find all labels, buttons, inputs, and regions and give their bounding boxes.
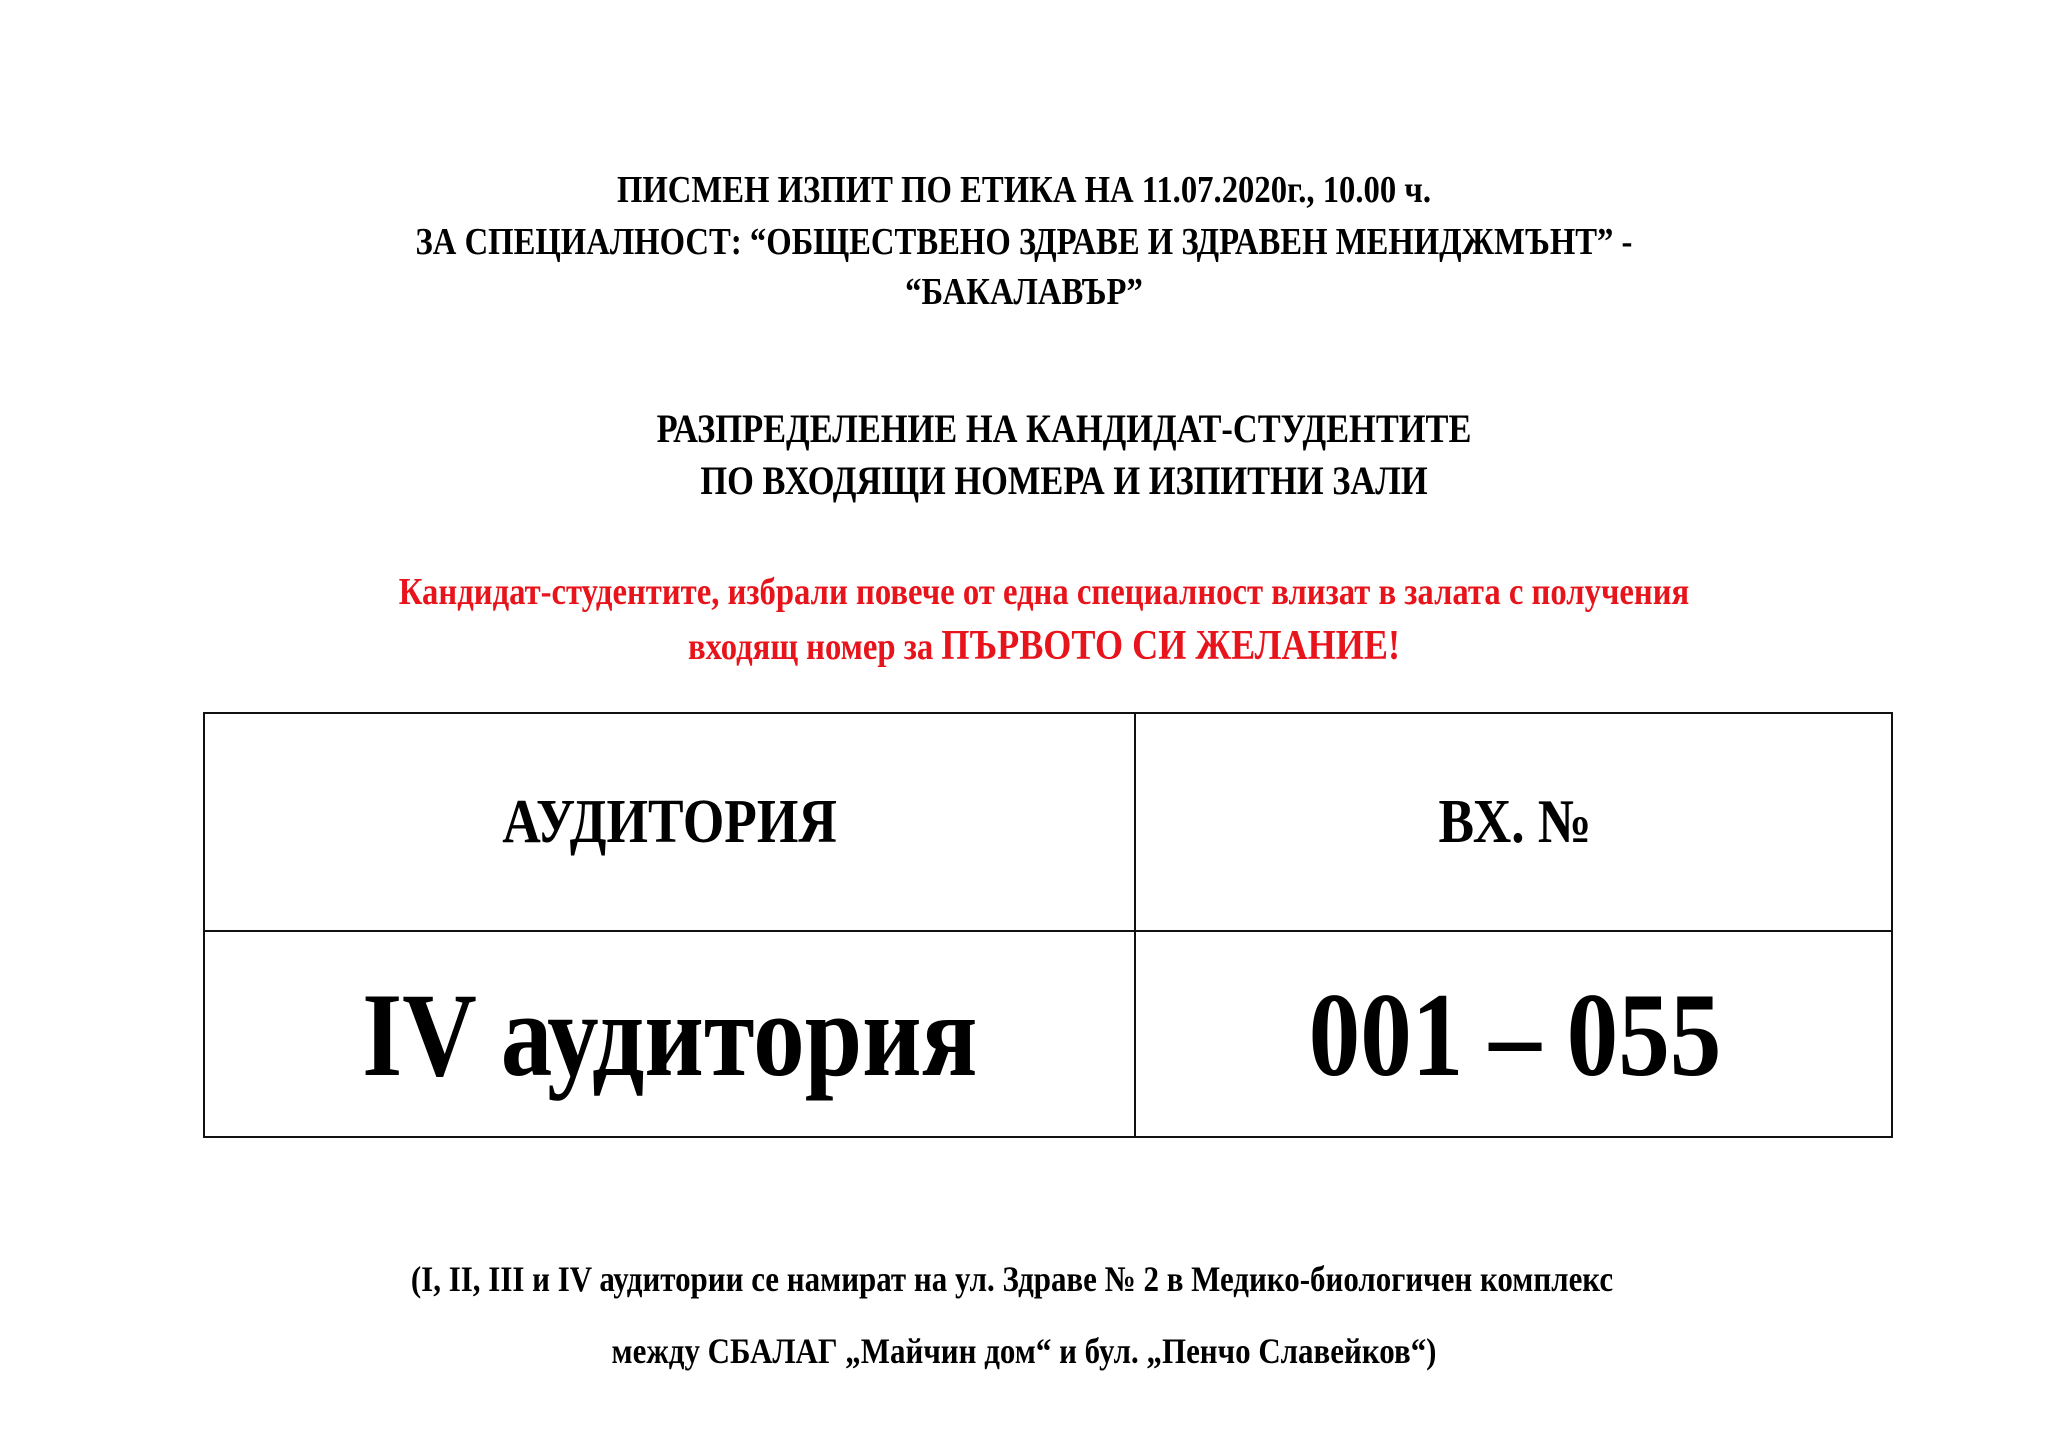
notice-line-2: входящ номер за ПЪРВОТО СИ ЖЕЛАНИЕ! xyxy=(163,622,1924,670)
notice-line-1: Кандидат-студентите, избрали повече от е… xyxy=(163,570,1924,614)
notice-prefix: входящ номер за xyxy=(688,626,941,668)
table-row-auditorium: IV аудитория xyxy=(205,932,1135,1138)
degree-line: “БАКАЛАВЪР” xyxy=(143,270,1904,314)
distribution-subheading: ПО ВХОДЯЩИ НОМЕРА И ИЗПИТНИ ЗАЛИ xyxy=(183,457,1944,504)
notice-emphasis: ПЪРВОТО СИ ЖЕЛАНИЕ! xyxy=(941,623,1400,669)
header-cell-auditorium: АУДИТОРИЯ xyxy=(205,714,1135,931)
specialty-line: ЗА СПЕЦИАЛНОСТ: “ОБЩЕСТВЕНО ЗДРАВЕ И ЗДР… xyxy=(143,220,1904,264)
room-allocation-table: АУДИТОРИЯ ВХ. № IV аудитория 001 – 055 xyxy=(203,712,1893,1138)
location-note-line-1: (I, II, III и IV аудитории се намират на… xyxy=(131,1258,1892,1300)
location-note-line-2: между СБАЛАГ „Майчин дом“ и бул. „Пенчо … xyxy=(143,1330,1904,1372)
table-row-number-range: 001 – 055 xyxy=(1136,932,1893,1138)
distribution-heading: РАЗПРЕДЕЛЕНИЕ НА КАНДИДАТ-СТУДЕНТИТЕ xyxy=(183,405,1944,452)
exam-title: ПИСМЕН ИЗПИТ ПО ЕТИКА НА 11.07.2020г., 1… xyxy=(143,168,1904,212)
header-cell-entry-number: ВХ. № xyxy=(1136,714,1893,931)
